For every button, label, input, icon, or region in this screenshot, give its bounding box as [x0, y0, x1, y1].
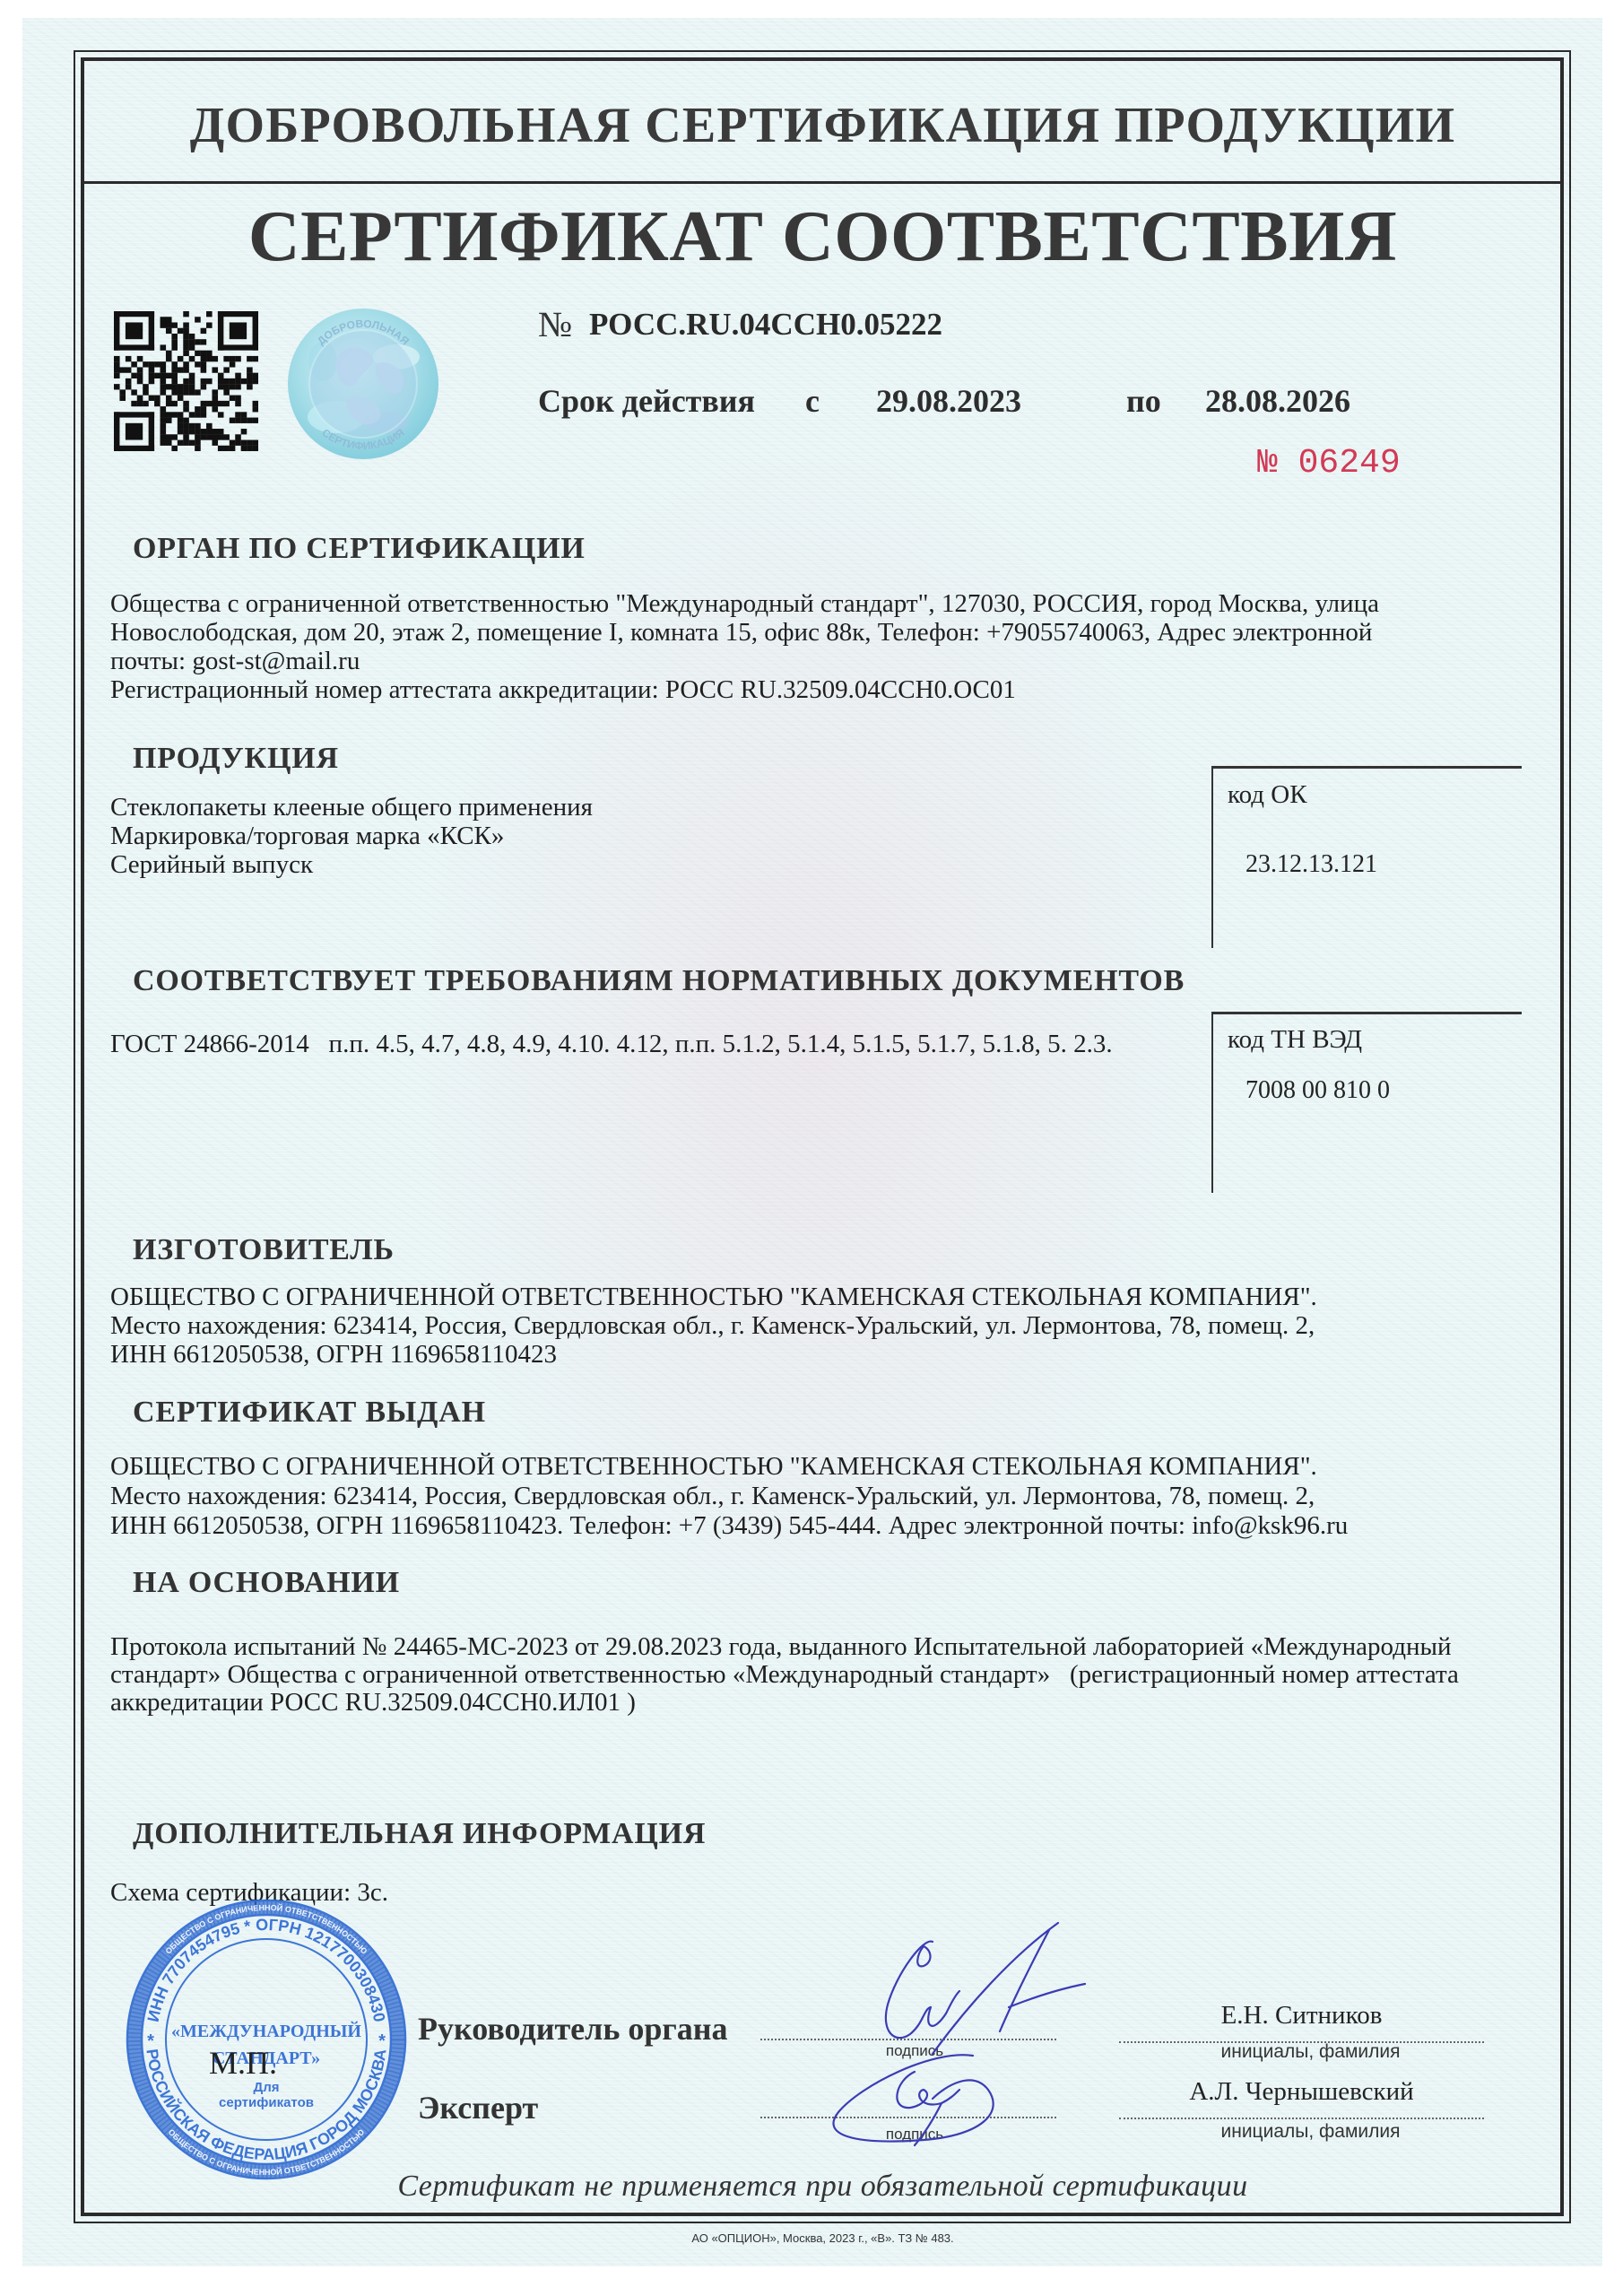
product-text: Стеклопакеты клееные общего применения М… — [110, 793, 593, 879]
stamp-separator: * — [147, 2031, 154, 2051]
expert-name-line — [1119, 2118, 1484, 2119]
text-line: аккредитации РОСС RU.32509.04ССН0.ИЛ01 ) — [110, 1689, 1459, 1717]
stamp-center-line: «МЕЖДУНАРОДНЫЙ — [171, 2021, 361, 2041]
section-heading-issued-to: СЕРТИФИКАТ ВЫДАН — [133, 1395, 486, 1431]
document-supertitle: ДОБРОВОЛЬНАЯ СЕРТИФИКАЦИЯ ПРОДУКЦИИ — [82, 100, 1563, 151]
text-line: ИНН 6612050538, ОГРН 1169658110423. Теле… — [110, 1511, 1348, 1541]
ok-code-value: 23.12.13.121 — [1245, 850, 1377, 879]
valid-from-date: 29.08.2023 — [876, 383, 1021, 419]
expert-name: А.Л. Чернышевский — [1119, 2077, 1484, 2106]
printer-imprint: АО «ОПЦИОН», Москва, 2023 г., «В». ТЗ № … — [82, 2231, 1563, 2246]
stamp-center-line: сертификатов — [219, 2095, 314, 2110]
head-name: Е.Н. Ситников — [1119, 2001, 1484, 2030]
certificate-number-sign: № — [538, 305, 572, 344]
valid-to-date: 28.08.2026 — [1205, 383, 1350, 419]
official-stamp-icon: ОБЩЕСТВО С ОГРАНИЧЕННОЙ ОТВЕТСТВЕННОСТЬЮ… — [123, 1896, 410, 2183]
text-line: Место нахождения: 623414, Россия, Свердл… — [110, 1482, 1348, 1511]
expert-signature-icon — [833, 2055, 993, 2145]
ok-code-label: код ОК — [1228, 780, 1307, 809]
stamp-separator: * — [378, 2031, 386, 2051]
text-line: Протокола испытаний № 24465-МС-2023 от 2… — [110, 1633, 1459, 1661]
head-name-caption: инициалы, фамилия — [1128, 2041, 1493, 2063]
stamp-center-line: Для — [254, 2080, 280, 2095]
expert-name-caption: инициалы, фамилия — [1128, 2121, 1493, 2143]
header-divider — [82, 181, 1562, 184]
text-line: Серийный выпуск — [110, 850, 593, 879]
conformity-text: ГОСТ 24866-2014 п.п. 4.5, 4.7, 4.8, 4.9,… — [110, 1030, 1113, 1058]
text-line: Регистрационный номер аттестата аккредит… — [110, 675, 1379, 704]
certification-body-text: Общества с ограниченной ответственностью… — [110, 589, 1379, 704]
text-line: Новослободская, дом 20, этаж 2, помещени… — [110, 618, 1379, 647]
form-serial-number: № 06249 — [1257, 447, 1401, 481]
expert-role-label: Эксперт — [418, 2090, 538, 2126]
validity-to-label: по — [1126, 383, 1161, 419]
section-heading-basis: НА ОСНОВАНИИ — [133, 1565, 400, 1601]
ok-code-box: код ОК 23.12.13.121 — [1211, 766, 1522, 948]
globe-icon — [309, 330, 417, 438]
section-heading-product: ПРОДУКЦИЯ — [133, 741, 339, 777]
basis-text: Протокола испытаний № 24465-МС-2023 от 2… — [110, 1633, 1459, 1717]
certificate-number: РОСС.RU.04ССН0.05222 — [589, 307, 942, 343]
text-line: стандарт» Общества с ограниченной ответс… — [110, 1661, 1459, 1689]
issued-to-text: ОБЩЕСТВО С ОГРАНИЧЕННОЙ ОТВЕТСТВЕННОСТЬЮ… — [110, 1452, 1348, 1541]
document-title: СЕРТИФИКАТ СООТВЕТСТВИЯ — [82, 201, 1563, 273]
handwritten-signatures — [789, 1919, 1094, 2152]
hologram-globe-icon: ДОБРОВОЛЬНАЯ СЕРТИФИКАЦИЯ — [287, 308, 439, 460]
text-line: Стеклопакеты клееные общего применения — [110, 793, 593, 822]
qr-code — [114, 311, 258, 451]
tnved-code-box: код ТН ВЭД 7008 00 810 0 — [1211, 1012, 1522, 1193]
text-line: Маркировка/торговая марка «КСК» — [110, 822, 593, 850]
text-line: Место нахождения: 623414, Россия, Свердл… — [110, 1311, 1317, 1340]
section-heading-additional-info: ДОПОЛНИТЕЛЬНАЯ ИНФОРМАЦИЯ — [133, 1816, 706, 1852]
text-line: ОБЩЕСТВО С ОГРАНИЧЕННОЙ ОТВЕТСТВЕННОСТЬЮ… — [110, 1283, 1317, 1311]
validity-label: Срок действия — [538, 383, 755, 419]
text-line: Общества с ограниченной ответственностью… — [110, 589, 1379, 618]
text-line: ГОСТ 24866-2014 п.п. 4.5, 4.7, 4.8, 4.9,… — [110, 1030, 1113, 1058]
head-signature-icon — [886, 1923, 1085, 2054]
manufacturer-text: ОБЩЕСТВО С ОГРАНИЧЕННОЙ ОТВЕТСТВЕННОСТЬЮ… — [110, 1283, 1317, 1369]
section-heading-manufacturer: ИЗГОТОВИТЕЛЬ — [133, 1232, 395, 1268]
section-heading-certification-body: ОРГАН ПО СЕРТИФИКАЦИИ — [133, 531, 586, 567]
head-role-label: Руководитель органа — [418, 2011, 727, 2047]
text-line: почты: gost-st@mail.ru — [110, 647, 1379, 675]
section-heading-conformity: СООТВЕТСТВУЕТ ТРЕБОВАНИЯМ НОРМАТИВНЫХ ДО… — [133, 963, 1185, 999]
validity-from-label: с — [805, 383, 820, 419]
text-line: ИНН 6612050538, ОГРН 1169658110423 — [110, 1340, 1317, 1369]
tnved-code-value: 7008 00 810 0 — [1245, 1076, 1390, 1105]
tnved-code-label: код ТН ВЭД — [1228, 1025, 1362, 1054]
text-line: ОБЩЕСТВО С ОГРАНИЧЕННОЙ ОТВЕТСТВЕННОСТЬЮ… — [110, 1452, 1348, 1482]
seal-place-label: М.П. — [209, 2045, 277, 2081]
